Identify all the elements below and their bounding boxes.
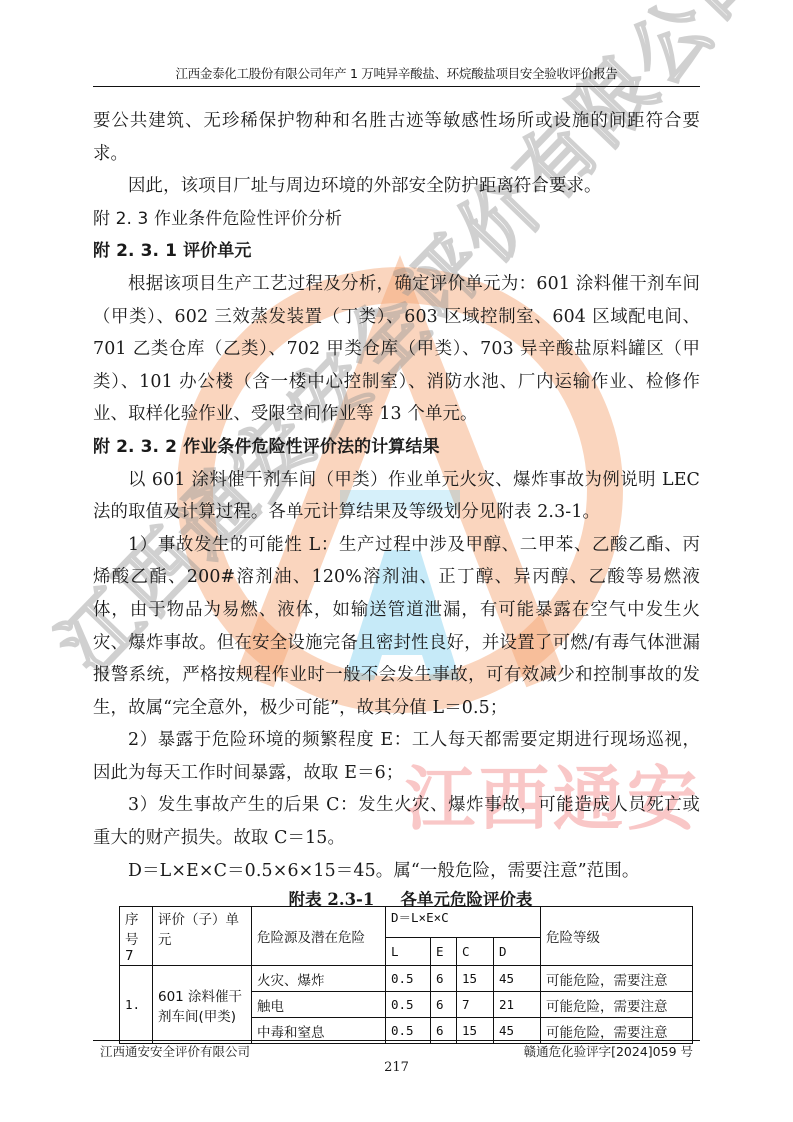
cell-C: 7 [457, 992, 494, 1018]
table-header-row: 序号7 评价（子）单元 危险源及潜在危险 D＝L×E×C 危险等级 [120, 907, 693, 938]
footer-divider [93, 1040, 700, 1041]
paragraph-consequence-C: 3）发生事故产生的后果 C：发生火灾、爆炸事故，可能造成人员死亡或重大的财产损失… [93, 789, 700, 854]
section-heading-2-3: 附 2. 3 作业条件危险性评价分析 [93, 203, 700, 236]
cell-E: 6 [431, 966, 457, 992]
footer-doc-number: 赣通危化验评字[2024]059 号 [524, 1042, 693, 1060]
section-heading-2-3-1: 附 2. 3. 1 评价单元 [93, 235, 700, 268]
cell-seq: 1. [120, 966, 153, 1044]
header-E: E [431, 937, 457, 965]
header-formula: D＝L×E×C [386, 907, 541, 938]
document-page: 江西通安安全评价有限公司 江西通安 江西金泰化工股份有限公司年产 1 万吨异辛酸… [0, 0, 793, 1122]
paragraph-units: 根据该项目生产工艺过程及分析，确定评价单元为：601 涂料催干剂车间（甲类）、6… [93, 268, 700, 431]
paragraph-exposure-E: 2）暴露于危险环境的频繁程度 E：工人每天都需要定期进行现场巡视，因此为每天工作… [93, 724, 700, 789]
cell-D: 45 [494, 966, 541, 992]
cell-unit: 601 涂料催干剂车间(甲类) [153, 966, 252, 1044]
paragraph-continued: 要公共建筑、无珍稀保护物种和名胜古迹等敏感性场所或设施的间距符合要求。 [93, 105, 700, 170]
cell-C: 15 [457, 966, 494, 992]
cell-L: 0.5 [386, 966, 431, 992]
header-divider [93, 86, 700, 87]
running-header: 江西金泰化工股份有限公司年产 1 万吨异辛酸盐、环烷酸盐项目安全验收评价报告 [95, 64, 698, 82]
paragraph-result-D: D＝L×E×C＝0.5×6×15＝45。属“一般危险，需要注意”范围。 [93, 855, 700, 888]
cell-D: 21 [494, 992, 541, 1018]
cell-E: 6 [431, 992, 457, 1018]
cell-hazard: 火灾、爆炸 [252, 966, 386, 992]
header-C: C [457, 937, 494, 965]
header-D: D [494, 937, 541, 965]
header-hazard: 危险源及潜在危险 [252, 907, 386, 966]
page-number: 217 [0, 1060, 793, 1075]
footer-company: 江西通安安全评价有限公司 [100, 1042, 250, 1060]
cell-L: 0.5 [386, 992, 431, 1018]
cell-hazard: 触电 [252, 992, 386, 1018]
body-content: 要公共建筑、无珍稀保护物种和名胜古迹等敏感性场所或设施的间距符合要求。 因此，该… [93, 105, 700, 913]
paragraph-conclusion: 因此，该项目厂址与周边环境的外部安全防护距离符合要求。 [93, 170, 700, 203]
header-level: 危险等级 [541, 907, 693, 966]
header-unit: 评价（子）单元 [153, 907, 252, 966]
header-L: L [386, 937, 431, 965]
cell-level: 可能危险，需要注意 [541, 966, 693, 992]
section-heading-2-3-2: 附 2. 3. 2 作业条件危险性评价法的计算结果 [93, 431, 700, 464]
risk-evaluation-table: 序号7 评价（子）单元 危险源及潜在危险 D＝L×E×C 危险等级 L E C … [119, 906, 693, 1044]
cell-level: 可能危险，需要注意 [541, 992, 693, 1018]
paragraph-example: 以 601 涂料催干剂车间（甲类）作业单元火灾、爆炸事故为例说明 LEC 法的取… [93, 464, 700, 529]
header-seq: 序号7 [120, 907, 153, 966]
paragraph-likelihood-L: 1）事故发生的可能性 L：生产过程中涉及甲醇、二甲苯、乙酸乙酯、丙烯酸乙酯、20… [93, 529, 700, 725]
table-row: 1. 601 涂料催干剂车间(甲类) 火灾、爆炸 0.5 6 15 45 可能危… [120, 966, 693, 992]
